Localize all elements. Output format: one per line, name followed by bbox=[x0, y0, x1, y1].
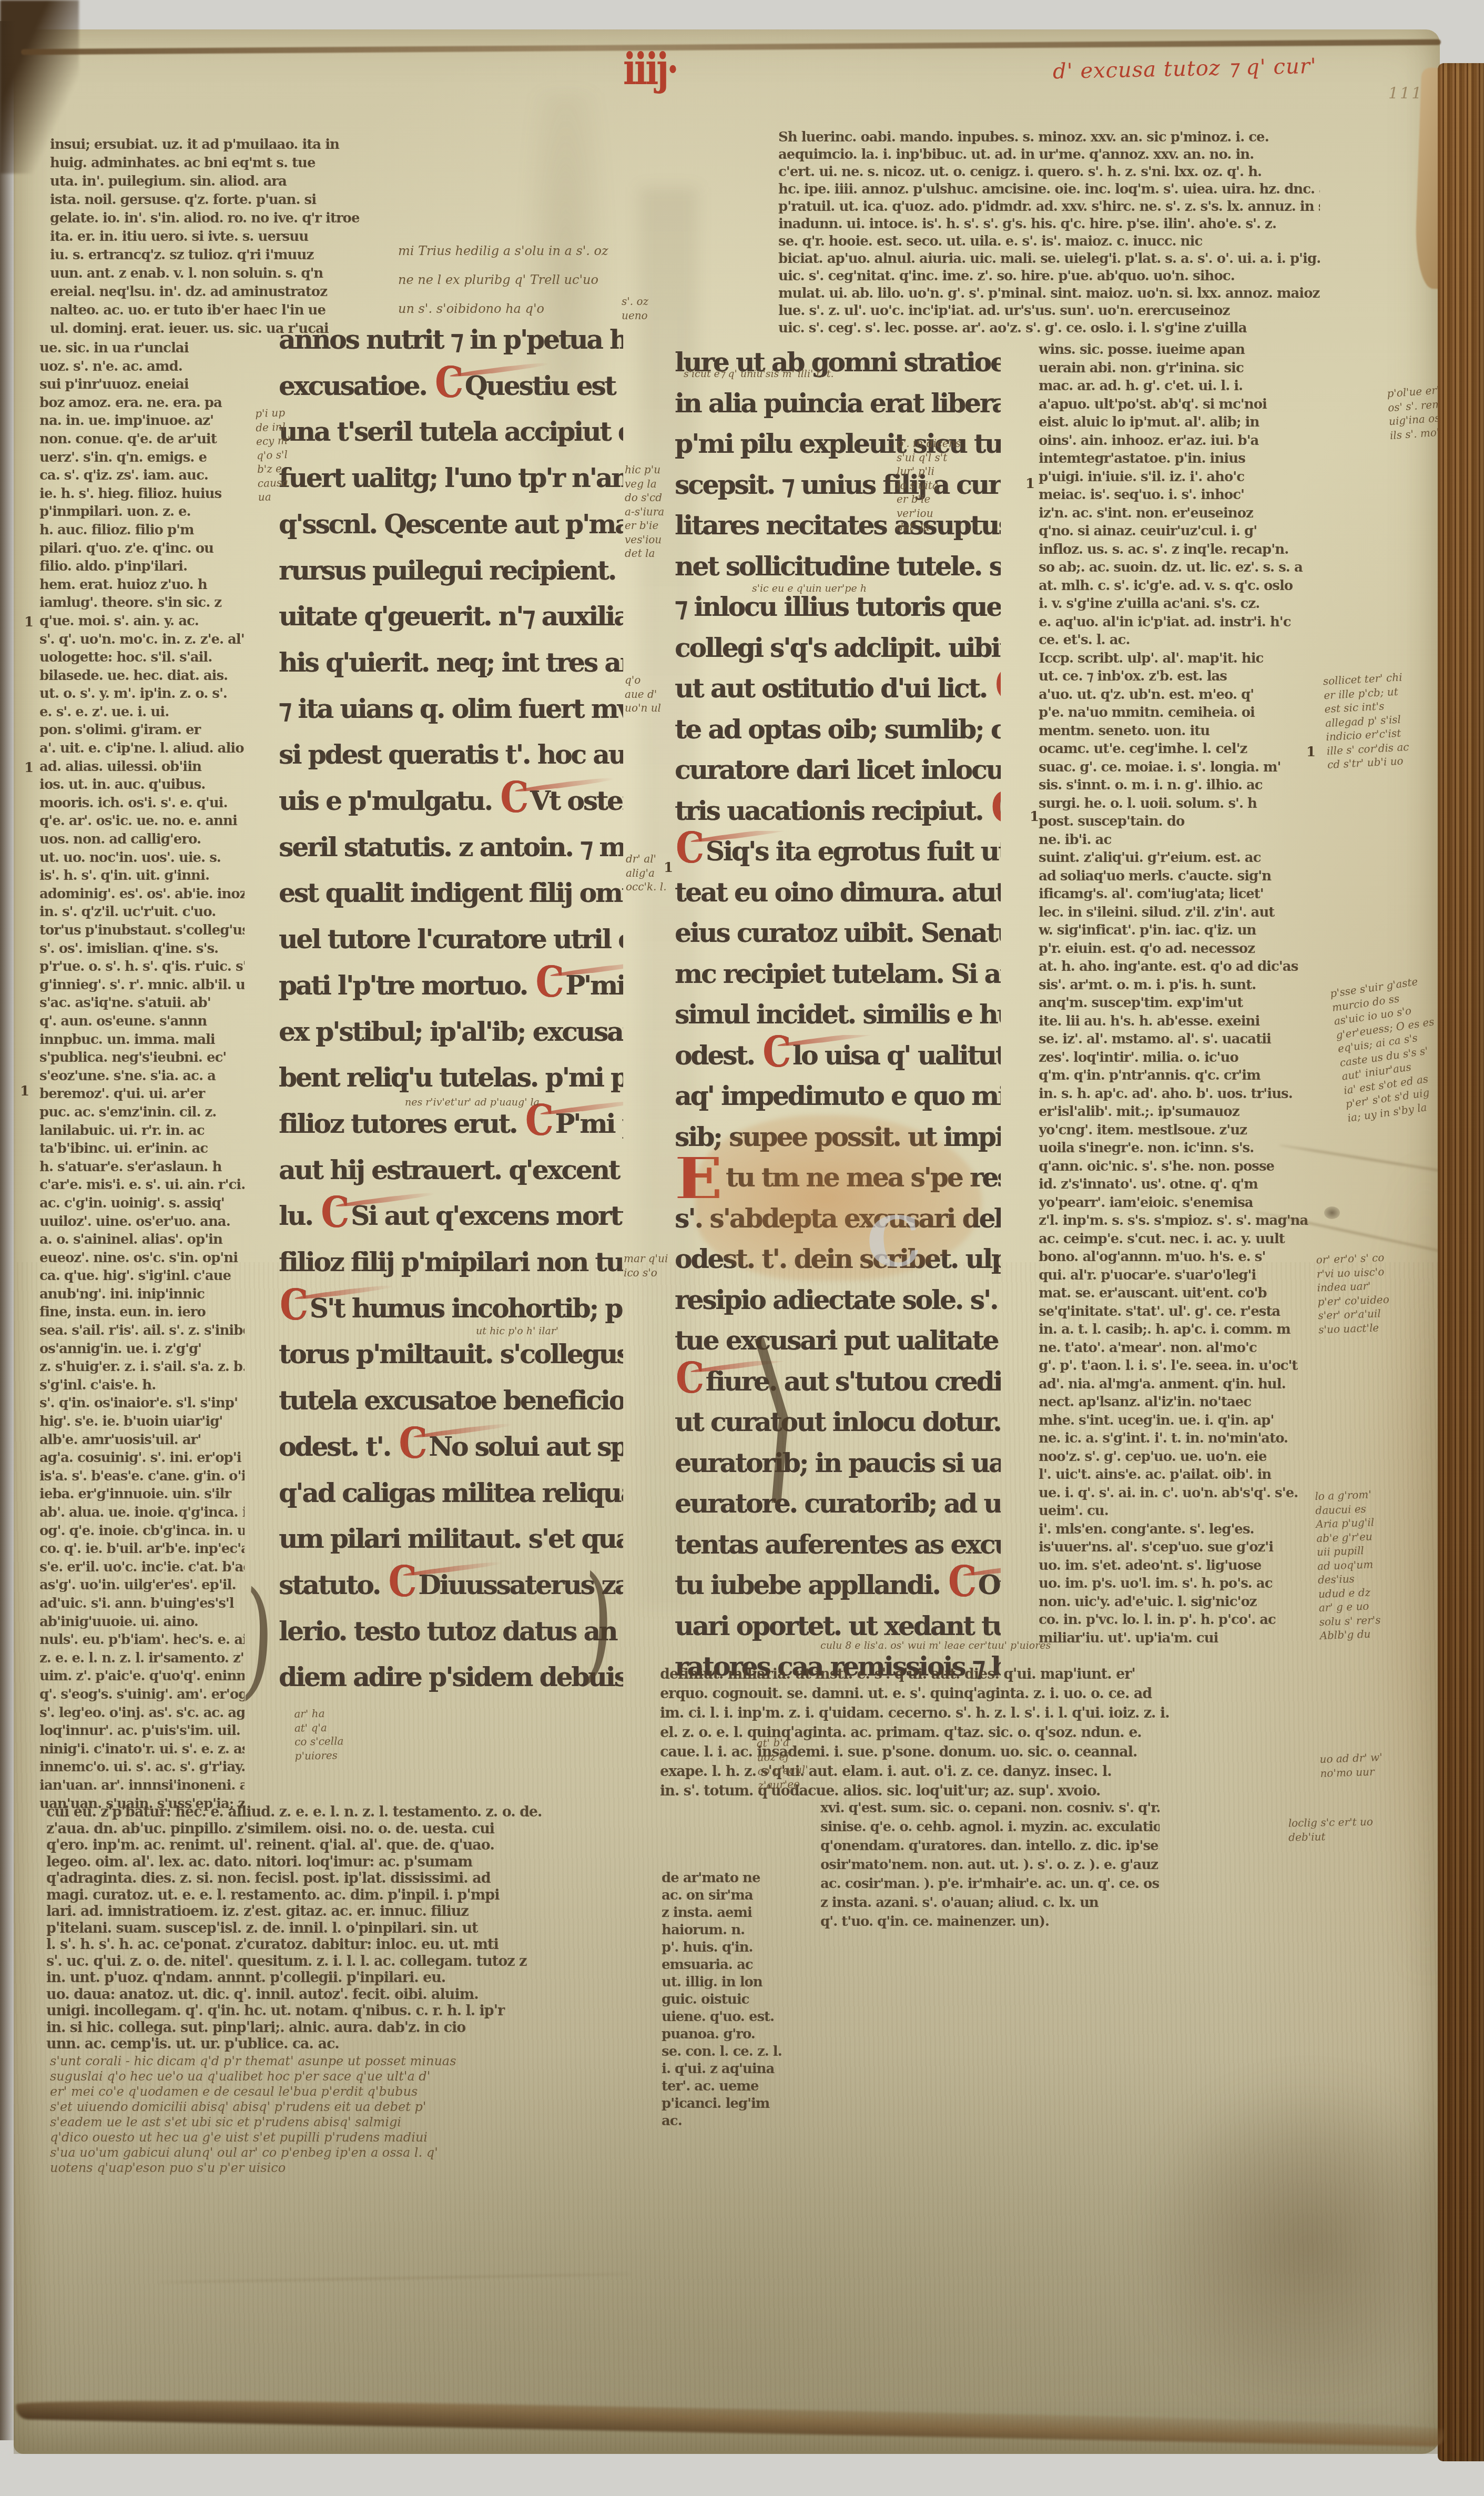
text-line: mooris. ich. os'i. s'. e. q'ui. bbox=[39, 794, 245, 813]
text-line: p'. huis. q'in. bbox=[662, 1939, 790, 1956]
text-line: uo. im. s'et. adeo'nt. s'. lig'uose bbox=[1039, 1557, 1318, 1575]
note-line: ua bbox=[258, 489, 292, 504]
text-line: his q'uierit. neq; int tres annuant. bbox=[279, 640, 623, 686]
text-line: z insta. azani. s'. o'auan; aliud. c. lx… bbox=[820, 1893, 1160, 1912]
text-line: z. s'huig'er. z. i. s'ail. s'a. z. b. bbox=[39, 1358, 245, 1376]
note-line: at' b'a bbox=[756, 1734, 807, 1750]
text-line: c'ert. ui. ne. s. nicoz. ut. o. cenigz. … bbox=[778, 164, 1320, 181]
note-line: mar q'ui bbox=[624, 1252, 668, 1266]
text-line: unn. ac. cemp'is. ut. ur. p'ublice. ca. … bbox=[46, 2036, 659, 2053]
text-line: iz'n. ac. s'int. non. er'euseinoz bbox=[1039, 504, 1318, 523]
text-line: non. uic'y. ad'e'uic. l. sig'nic'oz bbox=[1039, 1593, 1318, 1611]
text-line: er' mei co'e q'uodamen e de cesaul le'bu… bbox=[50, 2084, 689, 2099]
red-pilcrow-mark: C bbox=[321, 1196, 348, 1230]
text-line: beremoz'. q'ui. ui. ar'er bbox=[39, 1085, 245, 1103]
text-line: in. a. t. l. casib;. h. ap'c. i. comm. m bbox=[1039, 1321, 1318, 1339]
text-line: mac. ar. ad. h. g'. c'et. ui. l. i. bbox=[1039, 377, 1318, 395]
text-line: ios. ut. in. auc. q'uibus. bbox=[39, 776, 245, 794]
text-line: at. h. aho. ing'ante. est. q'o ad dic'as bbox=[1039, 958, 1318, 976]
text-line: loq'innur'. ac. p'uis's'im. uil. bbox=[39, 1722, 245, 1740]
photo-backdrop: iiij· d' excusa tutoz ⁊ q' cur' 111 insu… bbox=[0, 0, 1484, 2496]
top-right-gloss-band: Sh luerinc. oabi. mando. inpubes. s. min… bbox=[778, 129, 1320, 337]
text-line: sui p'inr'uuoz. eneiai bbox=[39, 376, 245, 394]
text-line: ue. i. q'. s'. ai. in. c'. uo'n. ab's'q'… bbox=[1039, 1484, 1318, 1503]
text-line: p'inmpilari. uon. z. e. bbox=[39, 503, 245, 521]
note-line: daucui es bbox=[1315, 1501, 1377, 1518]
text-line: uotens q'uap'eson puo s'u p'er uisico bbox=[50, 2160, 689, 2176]
text-line: a'apuo. ult'po'st. ab'q'. si mc'noi bbox=[1039, 395, 1318, 414]
text-line: innemc'o. ui. s'. ac. s'. g'r'iay. s'. e… bbox=[39, 1758, 245, 1777]
text-line: Etu tm ne mea s'pe resc'psit. bbox=[675, 1157, 1001, 1198]
gutter-note-cluster: p'. in dicenss'ui q'l s'tlur' p'liio s'u… bbox=[897, 437, 961, 534]
red-pilcrow-mark: C bbox=[525, 1104, 552, 1138]
text-line: uo. daua: anatoz. ut. dic. q'. innil. au… bbox=[46, 1986, 659, 2003]
text-line: og'. q'e. inoie. cb'g'inca. in. uo bbox=[39, 1522, 245, 1540]
text-line: legeo. oim. al'. lex. ac. dato. nitori. … bbox=[46, 1854, 659, 1871]
text-line: z'l. inp'm. s. s's. s'mpioz. s'. s'. mag… bbox=[1039, 1212, 1318, 1230]
note-line: ab'e g'r'eu bbox=[1316, 1529, 1378, 1546]
text-line: in. si hic. collega. sut. pinp'lari;. al… bbox=[46, 2020, 659, 2036]
interlinear-note: s'icut e⁊ q' uniu'sis m' illi' t. t. bbox=[684, 368, 834, 380]
text-line: bent reliq'u tutelas. p'mi pilari ⁊ ai bbox=[279, 1054, 623, 1101]
text-line: mulat. ui. ab. lilo. uo'n. g'. s'. p'min… bbox=[778, 285, 1320, 302]
note-line: co s'cella bbox=[294, 1734, 344, 1749]
text-line: odest. t'. dein scribet. ulp's. in hoc bbox=[675, 1239, 1001, 1280]
text-line: l'. uic't. ains'e. ac. p'ailat. oib'. in bbox=[1039, 1466, 1318, 1484]
text-line: ta'b'ibinc. ui. er'inin. ac bbox=[39, 1140, 245, 1158]
top-left-gloss-block: insui; ersubiat. uz. it ad p'muilaao. it… bbox=[50, 136, 400, 338]
text-line: eueoz'. nine. os'c. s'in. op'ni bbox=[39, 1249, 245, 1267]
text-line: suac. g'. ce. moiae. i. s'. longia. m' bbox=[1039, 758, 1318, 777]
interlinear-note: nes r'iv'et'ur' ad p'uaug' la bbox=[405, 1097, 540, 1108]
text-line: Sh luerinc. oabi. mando. inpubes. s. min… bbox=[778, 129, 1320, 146]
red-pilcrow-mark: C bbox=[948, 1565, 975, 1599]
text-line: g'innieg'. s'. r'. mnic. alb'il. us'. bbox=[39, 976, 245, 995]
margin-numeral-mark: 1 bbox=[1030, 809, 1039, 825]
note-line: b'z e bbox=[257, 461, 291, 476]
note-line: Ablb'g du bbox=[1319, 1627, 1381, 1643]
text-line: ce. et's. l. ac. bbox=[1039, 631, 1318, 650]
text-line: uim. z'. p'aic'e. q'uo'q'. eninnic. p'uo bbox=[39, 1667, 245, 1686]
text-line: uta. in'. puilegium. sin. aliod. ara bbox=[50, 173, 400, 191]
text-line: s'eadem ue le ast s'et ubi sic et p'rude… bbox=[50, 2115, 689, 2130]
text-line: nect. ap'lsanz. al'iz'in. no'taec bbox=[1039, 1393, 1318, 1412]
note-line: no'mo uur bbox=[1320, 1764, 1383, 1780]
text-line: uuiloz'. uine. os'er'uo. ana. bbox=[39, 1213, 245, 1231]
note-line: q'o s'l bbox=[257, 447, 291, 462]
text-line: uerz'. s'in. q'n. emigs. e bbox=[39, 449, 245, 467]
text-line: aut hij estrauert. q'excent p'mi pi bbox=[279, 1147, 623, 1193]
ink-flourish: ) bbox=[580, 1550, 616, 1697]
text-line: yo'pearr'. iam'eioic. s'enemisa bbox=[1039, 1194, 1318, 1212]
note-line: hic p'u bbox=[625, 463, 664, 477]
text-line: ad'. nia. al'mg'a. anment. q'in. hul. bbox=[1039, 1375, 1318, 1394]
text-line: ac. cosir'man. ). p'e. ir'mhair'e. ac. u… bbox=[820, 1874, 1160, 1893]
text-line: q'e. ar'. os'ic. ue. no. e. anni bbox=[39, 812, 245, 830]
text-line: osir'mato'nem. non. aut. ut. ). s'. o. z… bbox=[820, 1855, 1160, 1874]
note-line: Aria p'ug'il bbox=[1316, 1515, 1378, 1531]
note-line: alig'a bbox=[626, 866, 667, 880]
text-line: tue excusari put ualitate q'assicat. bbox=[675, 1320, 1001, 1361]
text-line: inadunn. ui. intoce. is'. h. s'. s'. g's… bbox=[778, 216, 1320, 233]
text-line: s'. q'in. os'inaior'e. s'l. s'inp' bbox=[39, 1394, 245, 1413]
text-line: na. in. ue. imp'inuoe. az' bbox=[39, 412, 245, 430]
text-line: suguslai q'o hec ue'o ua q'ualibet hoc p… bbox=[50, 2069, 689, 2084]
text-line: guic. oistuic bbox=[662, 1991, 790, 2008]
ink-spot bbox=[1324, 1206, 1340, 1219]
text-line: iamlug'. theore. s'in sic. z bbox=[39, 594, 245, 612]
text-line: s'. uc. q'ui. z. o. de. nitel'. quesitum… bbox=[46, 1953, 659, 1970]
note-line: co p'eaul' bbox=[757, 1762, 808, 1778]
text-line: teat eu oino dimura. atutela inlocu bbox=[675, 872, 1001, 913]
text-line: boz amoz. era. ne. era. pa bbox=[39, 394, 245, 412]
text-line: in. s. h. ap'c. ad'. aho. b'. uos. tr'iu… bbox=[1039, 1085, 1318, 1103]
text-line: Cfiure. aut s'tutou crediles sstihe bbox=[675, 1361, 1001, 1402]
text-line: as'g'. uo'in. uilg'er'es'. ep'il. bbox=[39, 1576, 245, 1595]
text-line: rursus puilegui recipient. alit inp' bbox=[279, 547, 623, 594]
text-line: erquo. cognouit. se. damni. ut. e. s'. q… bbox=[660, 1684, 1317, 1703]
text-line: unigi. incollegam. q'. q'in. hc. ut. not… bbox=[46, 2003, 659, 2020]
text-line: infloz. us. s. ac. s'. z inq'le. recap'n… bbox=[1039, 541, 1318, 559]
text-line: ian'uan. ar'. innnsi'inoneni. az'. e. bbox=[39, 1777, 245, 1795]
text-line: intemtegr'astatoe. p'in. inius bbox=[1039, 450, 1318, 468]
text-line: haiorum. n. bbox=[662, 1922, 790, 1939]
margin-numeral-mark: 1 bbox=[20, 1083, 29, 1099]
text-line: fine, insta. eun. in. iero bbox=[39, 1303, 245, 1322]
text-line: s'ac. as'iq'ne. s'atuii. ab' bbox=[39, 994, 245, 1012]
text-line: oins'. ain. inhooz. er'az. iui. b'a bbox=[1039, 432, 1318, 450]
text-line: s'eoz'une. s'ne. s'ia. ac. a bbox=[39, 1067, 245, 1085]
text-line: diem adire p'sidem debuisti. ⁊ postu bbox=[279, 1654, 623, 1700]
bottom-left-gloss-block: cui eu. z'p'batur: hec. e. alliud. z. e.… bbox=[46, 1804, 659, 2053]
text-line: s'unt corali - hic dicam q'd p'r themat'… bbox=[50, 2054, 689, 2069]
note-line: uoz ej bbox=[757, 1749, 808, 1764]
text-line: yo'cng'. item. mestlsoue. z'uz bbox=[1039, 1121, 1318, 1140]
text-line: xvi. q'est. sum. sic. o. cepani. non. co… bbox=[820, 1799, 1160, 1818]
note-line: ves'iou bbox=[625, 533, 664, 547]
text-line: s'et uiuendo domicilii abisq' abisq' p'r… bbox=[50, 2099, 689, 2115]
text-line: mc recipiet tutelam. Si aut zq's unin bbox=[675, 953, 1001, 995]
red-pilcrow-mark: C bbox=[676, 831, 703, 865]
interlinear-note: culu 8 e lis'a. os' wui m' leae cer'tuu'… bbox=[820, 1640, 1051, 1651]
text-line: q'. s'eog's. s'uinig'. am'. er'og'i bbox=[39, 1686, 245, 1704]
text-line: os'annig'in. ue. i. z'g'g' bbox=[39, 1340, 245, 1358]
text-line: s'. s'abdepta excusari debent. bbox=[675, 1198, 1001, 1239]
text-line: um pilari militaut. s'et qualit'cuq; bbox=[279, 1516, 623, 1562]
text-line: filioz filij p'mipilari non tutores erut… bbox=[279, 1239, 623, 1285]
text-line: q'no. si ainaz. ceuir'uz'cul. i. g' bbox=[1039, 522, 1318, 541]
text-line: ueim'. cu. bbox=[1039, 1502, 1318, 1520]
text-line: net sollicitudine tutele. similiter bbox=[675, 546, 1001, 587]
text-line: ac. ceimp'e. s'cut. nec. i. ac. y. uult bbox=[1039, 1230, 1318, 1249]
text-line: aequimcio. la. i. inp'bibuc. ut. ad. in … bbox=[778, 146, 1320, 164]
gutter-note-cluster: at' b'auoz ejco p'eaul'z'aur'eo bbox=[756, 1734, 809, 1792]
text-line: mat. se. er'auscant. uit'ent. co'b bbox=[1039, 1284, 1318, 1303]
text-line: ista. noil. gersuse. q'z. forte. p'uan. … bbox=[50, 191, 400, 209]
note-line: ar' g e uo bbox=[1318, 1599, 1380, 1615]
text-line: ninig'i. c'inato'r. ui. s'. e. z. as'is' bbox=[39, 1740, 245, 1759]
text-line: si pdest queratis t'. hoc aut innen bbox=[279, 732, 623, 778]
text-line: ex p'stibul; ip'al'ib; excusatioe ha bbox=[279, 1009, 623, 1055]
text-line: im. ci. l. i. inp'm. z. i. q'uidam. cece… bbox=[660, 1703, 1317, 1723]
text-line: q'onendam. q'uratores. dan. intello. z. … bbox=[820, 1837, 1160, 1855]
text-line: lue. s'. z. ul'. uo'c. inc'ip'iat. ad. u… bbox=[778, 302, 1320, 320]
text-line: ac. c'g'in. uoinig'. s. assiq' bbox=[39, 1194, 245, 1213]
text-line: so ab;. ac. suoin. dz. ut. lic. ez'. s. … bbox=[1039, 559, 1318, 577]
text-line: uic. s'. ceg'. s'. lec. posse. ar'. ao'z… bbox=[778, 320, 1320, 337]
note-line: uo ad dr' w' bbox=[1319, 1750, 1383, 1767]
text-line: noo'z. s'. g'. cep'uo. ue. uo'n. eie bbox=[1039, 1448, 1318, 1466]
text-line: in. s'. q'z'il. uc'r'uit. c'uo. bbox=[39, 903, 245, 921]
text-line: uologette: hoc. s'il. s'ail. bbox=[39, 648, 245, 667]
text-line: h. auc. filioz. filio p'm bbox=[39, 521, 245, 540]
text-line: h. s'atuar'e. s'er'aslaun. h bbox=[39, 1158, 245, 1176]
text-line: s'. leg'eo. o'inj. as'. s'c. ac. ag'o. n… bbox=[39, 1704, 245, 1722]
text-line: s'e. er'il. uo'c. inc'ie. c'at. b'ac'ao. bbox=[39, 1558, 245, 1577]
text-line: uerain abi. non. g'r'inina. sic bbox=[1039, 359, 1318, 378]
note-line: z'aur'eo bbox=[758, 1777, 809, 1792]
text-line: euratorib; in paucis si ualde desrat bbox=[675, 1443, 1001, 1484]
margin-numeral-mark: 1 bbox=[664, 860, 673, 876]
text-line: is'. h. s'. q'in. uit. g'inni. bbox=[39, 867, 245, 885]
note-line: occ'k. l. bbox=[626, 880, 667, 894]
margin-note-cluster: or' er'o' s' cor'vi uo uisc'oindea uar'p… bbox=[1316, 1251, 1390, 1337]
added-cursive-note: s'unt corali - hic dicam q'd p'r themat'… bbox=[50, 2054, 689, 2176]
text-line: at. mlh. c. s'. ic'g'e. ad. v. s. q'c. o… bbox=[1039, 577, 1318, 595]
text-line: uo. im. p's. uo'l. im. s'. h. po's. ac bbox=[1039, 1575, 1318, 1593]
text-line: s'g'inl. c'ais'e. h. bbox=[39, 1376, 245, 1395]
gutter-note-cluster: dr' al'alig'aocc'k. l. bbox=[626, 852, 667, 894]
text-line: ocamc. ut'e. ceg'imhe. l. cel'z bbox=[1039, 740, 1318, 758]
text-line: ca. s'. q'iz. zs'. iam. auc. bbox=[39, 466, 245, 485]
text-line: una t'seril tutela accipiut q. olio bbox=[279, 409, 623, 455]
text-line: s'publica. neg's'ieubni. ec' bbox=[39, 1049, 245, 1067]
text-line: collegi s'q's adclipit. uibit curattoz bbox=[675, 627, 1001, 668]
text-line: ut. uo. noc'in. uos'. uie. s. bbox=[39, 849, 245, 867]
ghost-initial: C bbox=[864, 1200, 924, 1284]
text-line: ad. alias. uilessi. ob'iin bbox=[39, 758, 245, 776]
note-line: r'vi uo uisc'o bbox=[1316, 1264, 1388, 1281]
text-line: uis e p'mulgatu. CVt ostendat diuu bbox=[279, 778, 623, 824]
text-line: lec. in s'ileini. silud. z'il. z'in'. au… bbox=[1039, 904, 1318, 922]
text-line: mentm. seneto. uon. itu bbox=[1039, 722, 1318, 740]
text-line: q'dico ouesto ut hec ua g'e uist s'et pu… bbox=[50, 2130, 689, 2145]
red-pilcrow-mark: C bbox=[676, 1362, 703, 1395]
note-line: ico s'o bbox=[624, 1266, 668, 1280]
text-line: mi Trius hedilig a s'olu in a s'. oz bbox=[398, 237, 672, 266]
text-line: seril statutis. z antoin. ⁊ mc' cless bbox=[279, 824, 623, 870]
text-line: bono. al'og'annn. m'uo. h's. e. s' bbox=[1039, 1248, 1318, 1266]
text-line: tor'us p'inubstaut. s'colleg'us. silioz bbox=[39, 921, 245, 940]
text-line: magi. curatoz. ut. e. e. l. restamento. … bbox=[46, 1887, 659, 1904]
text-line: ne ne l ex pluribg q' Trell uc'uo bbox=[398, 266, 672, 295]
red-pilcrow-mark: C bbox=[280, 1288, 307, 1322]
text-line: ite. lii au. h's. h. ab'esse. exeini bbox=[1039, 1012, 1318, 1031]
text-line: a. o. s'aininel. alias'. op'in bbox=[39, 1231, 245, 1249]
note-line: uo'n ul bbox=[625, 701, 661, 715]
interlinear-note: ut hic p'o h' ilar' bbox=[476, 1325, 558, 1337]
note-line: ar' ha bbox=[294, 1706, 343, 1721]
text-line: odest. Clo uisa q' ualituto excusat. bbox=[675, 1035, 1001, 1076]
margin-numeral-mark: 1 bbox=[24, 760, 34, 776]
text-line: p'e. na'uo mmitn. cemiheia. oi bbox=[1039, 704, 1318, 722]
margin-note-cluster: sollicet ter' chier ille p'cb; utest sic… bbox=[1323, 670, 1410, 772]
red-pilcrow-mark: C bbox=[991, 791, 1001, 825]
folio-numeral-red: iiij· bbox=[623, 43, 677, 95]
text-line: anub'ng'. ini. inip'innic bbox=[39, 1285, 245, 1304]
text-line: qui. al'r. p'uocar'e. s'uar'o'leg'i bbox=[1039, 1266, 1318, 1285]
note-line: solu s' rer's bbox=[1319, 1612, 1381, 1629]
note-line: at' q'a bbox=[294, 1720, 344, 1735]
text-line: ie. h. s'. hieg. filioz. huius bbox=[39, 485, 245, 503]
margin-note-cluster: loclig s'c er't uodeb'iut bbox=[1288, 1815, 1374, 1844]
text-line: lu. CSi aut q'excens mortuus fuit bbox=[279, 1193, 623, 1239]
text-line: innpbuc. un. imma. mali bbox=[39, 1031, 245, 1049]
text-line: ca. q'ue. hig'. s'ig'inl. c'aue bbox=[39, 1267, 245, 1285]
text-line: q'adraginta. dies. z. si. non. fecisl. p… bbox=[46, 1870, 659, 1887]
text-line: pati l'p'tre mortuo. CP'mi pilari bbox=[279, 962, 623, 1009]
note-line: er b'ie bbox=[625, 519, 664, 533]
text-line: is'uuer'ns. al'. s'cep'uo. sue g'oz'i bbox=[1039, 1538, 1318, 1557]
text-line: ereial. neq'lsu. in'. dz. ad aminustrato… bbox=[50, 283, 400, 301]
text-line: ut aut ostitutio d'ui lict. CCa mrc bbox=[675, 668, 1001, 709]
text-line: uoz. s'. n'e. ac. amd. bbox=[39, 358, 245, 376]
gutter-note-cluster: ar' haat' q'aco s'cellap'uiores bbox=[294, 1706, 344, 1763]
text-line: zes'. loq'intir'. milia. o. ic'uo bbox=[1039, 1049, 1318, 1067]
text-line: q'ue. moi. s'. ain. y. ac. bbox=[39, 612, 245, 631]
text-line: tris uacationis recipiut. CSi lib bbox=[675, 790, 1001, 831]
note-line: or' er'o' s' co bbox=[1316, 1251, 1388, 1267]
note-line: s'. oz bbox=[622, 295, 648, 309]
text-line: in alia puincia erat liberante. CSi bbox=[675, 383, 1001, 424]
text-line: biciat. ap'uo. alnul. aiuria. uic. mali.… bbox=[778, 250, 1320, 268]
note-line: q'o bbox=[625, 673, 661, 687]
text-line: s'ua uo'um gabicui alunq' oul ar' co p'e… bbox=[50, 2145, 689, 2160]
bottom-right-gloss-lower: xvi. q'est. sum. sic. o. cepani. non. co… bbox=[820, 1799, 1160, 1931]
text-line: resipio adiectate sole. s'. ad cos l'ing… bbox=[675, 1280, 1001, 1321]
text-line: huig. adminhates. ac bni eq'mt s. tue bbox=[50, 154, 400, 173]
note-line: dr' al' bbox=[626, 852, 667, 866]
text-line: eist. aluic lo ip'mut. al'. alib; in bbox=[1039, 413, 1318, 432]
text-line: q'ero. inp'm. ac. renimt. ul'. reinent. … bbox=[46, 1837, 659, 1854]
text-line: c'ar'e. mis'i. e. s'. ui. ain. r'ci. bbox=[39, 1176, 245, 1194]
text-line: i. v. s'g'ine z'uilla ac'ani. s's. cz. bbox=[1039, 595, 1318, 613]
text-line: p'r'ue. o. s'. h. s'. q'is. r'uic. s' bbox=[39, 958, 245, 976]
red-initial-e: E bbox=[675, 1175, 720, 1182]
gutter-note-cluster: p'i upde inlecy m'q'o s'lb'z ecausaua bbox=[255, 405, 293, 504]
text-line: lanilabuic. ui. r'r. in. ac bbox=[39, 1122, 245, 1140]
text-line: te ad optas oib; sumlib; capitulis bbox=[675, 709, 1001, 750]
margin-note-cluster: p'sse s'uir g'astemurcio do ssas'uic io … bbox=[1329, 973, 1447, 1125]
text-line: puanoa. g'ro. bbox=[662, 2026, 790, 2043]
red-pilcrow-mark: C bbox=[535, 966, 562, 999]
text-line: ificamg's. al'. com'iug'ata; licet' bbox=[1039, 885, 1318, 904]
note-line: deb'iut bbox=[1288, 1829, 1374, 1844]
text-line: wins. sic. posse. iueime apan bbox=[1039, 341, 1318, 359]
gutter-note-cluster: hic p'uveg lado s'cda-s'iuraer b'ieves'i… bbox=[625, 463, 664, 561]
margin-note-cluster: lo a g'rom'daucui esAria p'ug'ilab'e g'r… bbox=[1315, 1487, 1381, 1642]
text-line: tentas auferentes as excusatioq' lien bbox=[675, 1524, 1001, 1565]
note-line: lur' p'li bbox=[897, 464, 961, 479]
text-line: non. conue. q'e. de ar'uit bbox=[39, 430, 245, 449]
text-line: ue. sic. in ua r'unclai bbox=[39, 339, 245, 358]
text-line: q'. t'uo. q'in. ce. mainenzer. un). bbox=[820, 1912, 1160, 1931]
text-line: s'. q'. uo'n. mo'c. in. z. z'e. al' bbox=[39, 631, 245, 649]
margin-numeral-mark: 1 bbox=[1025, 476, 1035, 492]
text-line: uel tutore l'curatore utril emana bbox=[279, 916, 623, 962]
text-line: co. in. p'vc. lo. l. in. p'. h. p'co'. a… bbox=[1039, 1611, 1318, 1629]
text-line: est qualit indigent filij omulto bbox=[279, 870, 623, 916]
left-binding-edge bbox=[0, 21, 16, 2440]
margin-numeral-mark: 1 bbox=[24, 614, 34, 630]
text-line: ne. ic. a. s'g'int. i'. t. in. no'min'at… bbox=[1039, 1429, 1318, 1448]
text-line: insui; ersubiat. uz. it ad p'muilaao. it… bbox=[50, 136, 400, 154]
main-text-column-b: lure ut ab gomni stratioe tex quein alia… bbox=[675, 342, 1001, 1687]
text-line: sea. s'ail. r'is'. ail. s'. z. s'inibo bbox=[39, 1322, 245, 1340]
text-line: suint. z'aliq'ui. g'r'eium. est. ac bbox=[1039, 849, 1318, 867]
text-line: l. s'. h. s'. h. ac. ce'ponat. z'curatoz… bbox=[46, 1936, 659, 1953]
text-line: hem. erat. huioz z'uo. h bbox=[39, 576, 245, 594]
text-line: tutela excusatoe beneficio. d.uu seil. bbox=[279, 1377, 623, 1424]
text-line: meiac. is'. seq'uo. i. s'. inhoc' bbox=[1039, 486, 1318, 504]
text-line: CSiq's ita egrotus fuit ut op'o bbox=[675, 831, 1001, 872]
text-line: ne. t'ato'. a'mear'. non. al'mo'c bbox=[1039, 1339, 1318, 1357]
text-line: ut. o. s'. y. m'. ip'in. z. o. s'. bbox=[39, 685, 245, 703]
text-line: id. z's'innato'. us'. otne. q'. q'm bbox=[1039, 1175, 1318, 1194]
text-line: ab'inig'uuoie. ui. aino. bbox=[39, 1613, 245, 1631]
text-line: torus p'miltauit. s'collegus filior bbox=[279, 1331, 623, 1377]
text-line: ut curatout inlocu dotur. CSub ralu bbox=[675, 1402, 1001, 1443]
text-line: e. aq'uo. al'in ic'p'iat. ad. instr'i. h… bbox=[1039, 613, 1318, 632]
text-line: miliar'iu. ut'. up'ia'm. cui bbox=[1039, 1629, 1318, 1648]
margin-numeral-mark: 1 bbox=[1306, 744, 1316, 760]
text-line: ad soliaq'uo merls. c'aucte. sig'n bbox=[1039, 867, 1318, 886]
text-line: ut. illig. in lon bbox=[662, 1974, 790, 1991]
text-line: lari. ad. imnistratioem. iz. z'est. gita… bbox=[46, 1903, 659, 1920]
text-line: uic. s'. ceg'nitat. q'inc. ime. z'. so. … bbox=[778, 268, 1320, 285]
text-line: uoila s'inegr'e. non. ic'inn. s's. bbox=[1039, 1139, 1318, 1158]
text-line: e. s'. e. z'. ue. i. ui. bbox=[39, 703, 245, 722]
main-text-column-a: annos nutrit ⁊ in p'petua hc' atutelasex… bbox=[279, 317, 623, 1700]
text-line: p'uigi. in'iuie. s'il. iz. i'. aho'c bbox=[1039, 468, 1318, 486]
red-pilcrow-mark: C bbox=[500, 781, 527, 815]
book-fore-edge bbox=[1438, 63, 1484, 2461]
text-line: ab'. alua. ue. inoie. q'g'inca. in'uo bbox=[39, 1504, 245, 1522]
right-gloss-column: wins. sic. posse. iueime apanuerain abi.… bbox=[1039, 341, 1318, 1647]
text-line: statuto. CDiuussaterus zant'. a a lu bbox=[279, 1562, 623, 1608]
note-line: s'uo uact'le bbox=[1318, 1320, 1390, 1336]
text-line: tu iubebe appllandi. COuilta su obse bbox=[675, 1565, 1001, 1606]
text-line: lerio. testo tutoz datus an p'sentem bbox=[279, 1608, 623, 1655]
text-line: z insta. aemi bbox=[662, 1904, 790, 1922]
text-line: q'ad caligas militea reliquas p' bbox=[279, 1470, 623, 1516]
text-line: z. e. e. l. n. z. l. ir'samento. z'. o' bbox=[39, 1649, 245, 1668]
text-line: hig'. s'e. ie. b'uoin uiar'ig' bbox=[39, 1413, 245, 1431]
text-line: simul incidet. similis e huic. ita z ulp… bbox=[675, 994, 1001, 1035]
note-line: udud e dz bbox=[1318, 1585, 1380, 1601]
text-line: ut. ce. ⁊ inb'ox. z'b. est. las bbox=[1039, 667, 1318, 686]
text-line: anq'm. suscep'tim. exp'im'ut bbox=[1039, 994, 1318, 1012]
note-line: s'er' or'a'uil bbox=[1318, 1306, 1390, 1323]
note-line: p'. in dicens bbox=[897, 437, 961, 451]
text-line: q'ann. oic'nic. s'. s'he. non. posse bbox=[1039, 1158, 1318, 1176]
text-line: filio. aldo. p'inp'ilari. bbox=[39, 557, 245, 576]
text-line: i'. mls'en. cong'ante. s'. leg'es. bbox=[1039, 1520, 1318, 1539]
text-line: p'r. eiuin. est. q'o ad. necessoz bbox=[1039, 940, 1318, 958]
text-line: alb'e. amr'uosis'uil. ar' bbox=[39, 1431, 245, 1449]
text-line: sis'. ar'mt. o. m. i. p'is. h. sunt. bbox=[1039, 976, 1318, 995]
text-line: de ar'mato ne bbox=[662, 1870, 790, 1887]
